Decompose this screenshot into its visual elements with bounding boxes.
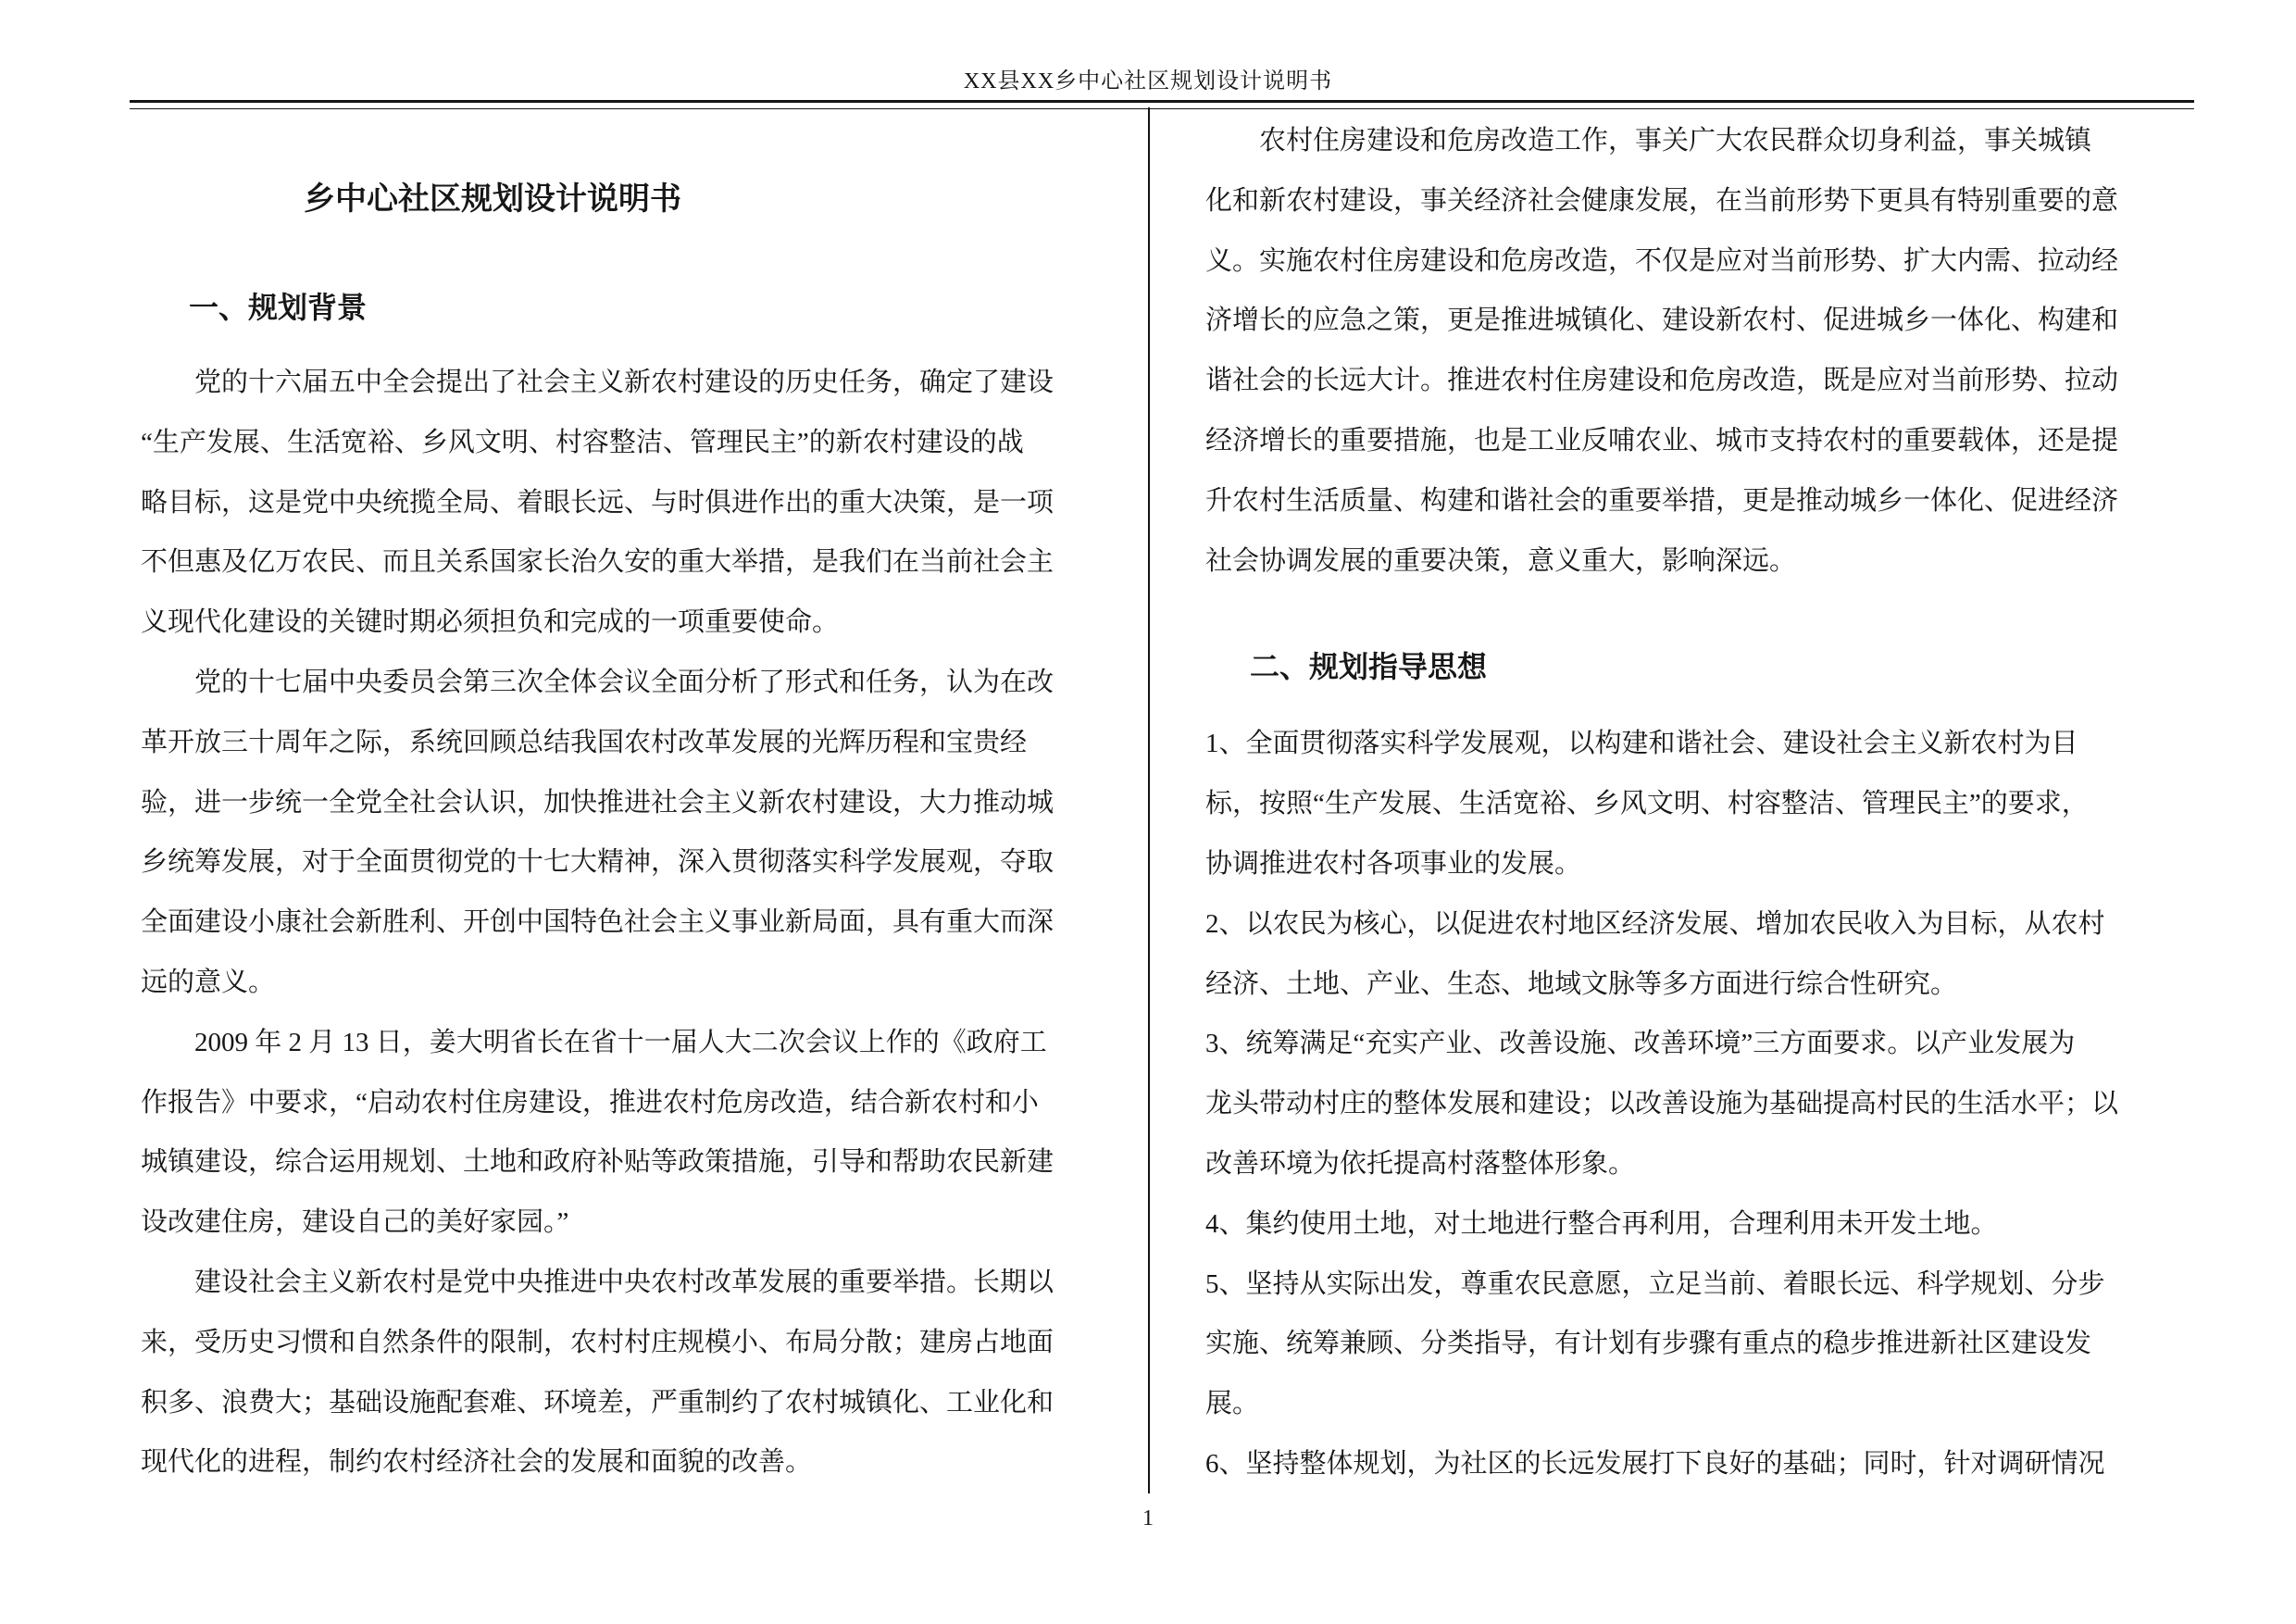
text-line: 协调推进农村各项事业的发展。 bbox=[1205, 834, 2140, 894]
text-line: 2、以农民为核心，以促进农村地区经济发展、增加农民收入为目标，从农村 bbox=[1205, 894, 2140, 955]
left-column: 乡中心社区规划设计说明书 一、规划背景 党的十六届五中全会提出了社会主义新农村建… bbox=[141, 176, 1076, 1493]
text-line: 标，按照“生产发展、生活宽裕、乡风文明、村容整洁、管理民主”的要求， bbox=[1205, 774, 2140, 834]
right-column-guidelines: 1、全面贯彻落实科学发展观，以构建和谐社会、建设社会主义新农村为目标，按照“生产… bbox=[1205, 714, 2140, 1493]
text-line: 设改建住房，建设自己的美好家园。” bbox=[141, 1193, 1076, 1253]
text-line: 全面建设小康社会新胜利、开创中国特色社会主义事业新局面，具有重大而深 bbox=[141, 893, 1076, 953]
text-line: 远的意义。 bbox=[141, 953, 1076, 1013]
text-line: 4、集约使用土地，对土地进行整合再利用，合理利用未开发土地。 bbox=[1205, 1194, 2140, 1255]
text-line: 党的十七届中央委员会第三次全体会议全面分析了形式和任务，认为在改 bbox=[141, 653, 1076, 713]
left-column-body: 党的十六届五中全会提出了社会主义新农村建设的历史任务，确定了建设“生产发展、生活… bbox=[141, 353, 1076, 1493]
text-line: 建设社会主义新农村是党中央推进中央农村改革发展的重要举措。长期以 bbox=[141, 1253, 1076, 1313]
text-line: “生产发展、生活宽裕、乡风文明、村容整洁、管理民主”的新农村建设的战 bbox=[141, 413, 1076, 473]
text-line: 化和新农村建设，事关经济社会健康发展，在当前形势下更具有特别重要的意 bbox=[1205, 171, 2140, 231]
text-line: 谐社会的长远大计。推进农村住房建设和危房改造，既是应对当前形势、拉动 bbox=[1205, 351, 2140, 411]
header-rule bbox=[130, 100, 2194, 109]
text-line: 济增长的应急之策，更是推进城镇化、建设新农村、促进城乡一体化、构建和 bbox=[1205, 291, 2140, 351]
text-line: 验，进一步统一全党全社会认识，加快推进社会主义新农村建设，大力推动城 bbox=[141, 773, 1076, 833]
text-line: 经济、土地、产业、生态、地域文脉等多方面进行综合性研究。 bbox=[1205, 955, 2140, 1015]
right-column-intro: 农村住房建设和危房改造工作，事关广大农民群众切身利益，事关城镇化和新农村建设，事… bbox=[1205, 111, 2140, 591]
text-line: 经济增长的重要措施，也是工业反哺农业、城市支持农村的重要载体，还是提 bbox=[1205, 411, 2140, 471]
text-line: 不但惠及亿万农民、而且关系国家长治久安的重大举措，是我们在当前社会主 bbox=[141, 532, 1076, 593]
page-number: 1 bbox=[0, 1502, 2296, 1535]
text-line: 3、统筹满足“充实产业、改善设施、改善环境”三方面要求。以产业发展为 bbox=[1205, 1014, 2140, 1074]
column-divider bbox=[1148, 107, 1150, 1493]
text-line: 实施、统筹兼顾、分类指导，有计划有步骤有重点的稳步推进新社区建设发 bbox=[1205, 1314, 2140, 1374]
text-line: 农村住房建设和危房改造工作，事关广大农民群众切身利益，事关城镇 bbox=[1205, 111, 2140, 171]
page-header-title: XX县XX乡中心社区规划设计说明书 bbox=[0, 63, 2296, 100]
text-line: 来，受历史习惯和自然条件的限制，农村村庄规模小、布局分散；建房占地面 bbox=[141, 1313, 1076, 1373]
text-line: 乡统筹发展，对于全面贯彻党的十七大精神，深入贯彻落实科学发展观，夺取 bbox=[141, 832, 1076, 893]
text-line: 升农村生活质量、构建和谐社会的重要举措，更是推动城乡一体化、促进经济 bbox=[1205, 471, 2140, 531]
text-line: 党的十六届五中全会提出了社会主义新农村建设的历史任务，确定了建设 bbox=[141, 353, 1076, 413]
section-heading-guiding-principles: 二、规划指导思想 bbox=[1205, 637, 2140, 697]
document-title: 乡中心社区规划设计说明书 bbox=[141, 176, 1076, 222]
text-line: 革开放三十周年之际，系统回顾总结我国农村改革发展的光辉历程和宝贵经 bbox=[141, 713, 1076, 773]
text-line: 略目标，这是党中央统揽全局、着眼长远、与时俱进作出的重大决策，是一项 bbox=[141, 473, 1076, 533]
text-line: 城镇建设，综合运用规划、土地和政府补贴等政策措施，引导和帮助农民新建 bbox=[141, 1132, 1076, 1193]
text-line: 2009 年 2 月 13 日，姜大明省长在省十一届人大二次会议上作的《政府工 bbox=[141, 1013, 1076, 1073]
text-line: 积多、浪费大；基础设施配套难、环境差，严重制约了农村城镇化、工业化和 bbox=[141, 1373, 1076, 1433]
text-line: 1、全面贯彻落实科学发展观，以构建和谐社会、建设社会主义新农村为目 bbox=[1205, 714, 2140, 774]
text-line: 改善环境为依托提高村落整体形象。 bbox=[1205, 1134, 2140, 1194]
document-page: XX县XX乡中心社区规划设计说明书 乡中心社区规划设计说明书 一、规划背景 党的… bbox=[0, 0, 2296, 1624]
text-line: 义。实施农村住房建设和危房改造，不仅是应对当前形势、扩大内需、拉动经 bbox=[1205, 231, 2140, 292]
text-line: 龙头带动村庄的整体发展和建设；以改善设施为基础提高村民的生活水平；以 bbox=[1205, 1074, 2140, 1134]
text-line: 社会协调发展的重要决策，意义重大，影响深远。 bbox=[1205, 531, 2140, 592]
text-line: 现代化的进程，制约农村经济社会的发展和面貌的改善。 bbox=[141, 1432, 1076, 1493]
text-line: 展。 bbox=[1205, 1374, 2140, 1434]
text-line: 义现代化建设的关键时期必须担负和完成的一项重要使命。 bbox=[141, 593, 1076, 653]
section-heading-planning-background: 一、规划背景 bbox=[141, 278, 1076, 338]
text-line: 作报告》中要求，“启动农村住房建设，推进农村危房改造，结合新农村和小 bbox=[141, 1073, 1076, 1133]
text-line: 5、坚持从实际出发，尊重农民意愿，立足当前、着眼长远、科学规划、分步 bbox=[1205, 1255, 2140, 1315]
right-column: 农村住房建设和危房改造工作，事关广大农民群众切身利益，事关城镇化和新农村建设，事… bbox=[1205, 111, 2140, 1494]
text-line: 6、坚持整体规划，为社区的长远发展打下良好的基础；同时，针对调研情况 bbox=[1205, 1434, 2140, 1494]
